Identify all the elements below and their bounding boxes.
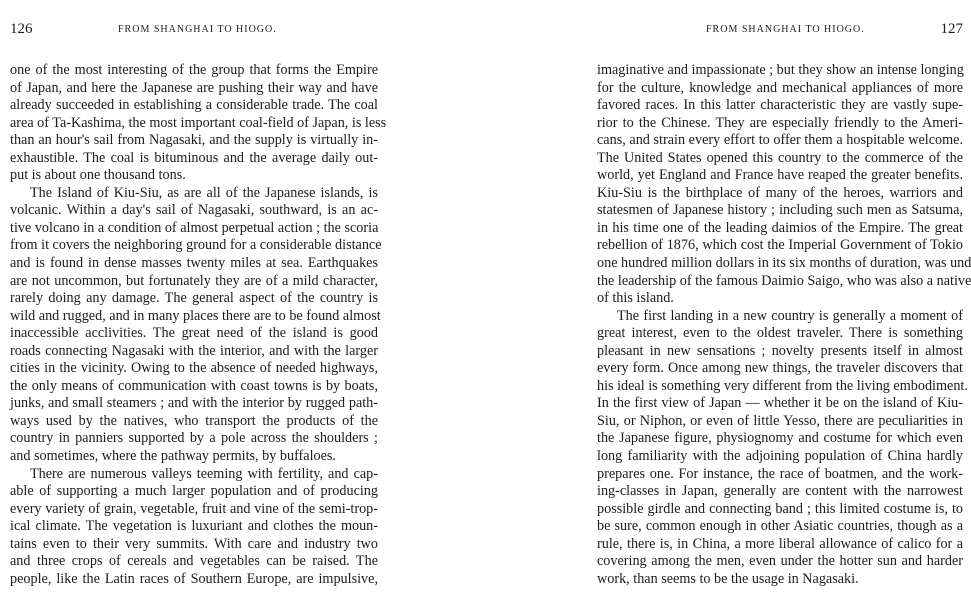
body-text: one of the most interesting of the group… xyxy=(10,62,378,588)
text-line: cans, and strain every effort to offer t… xyxy=(597,132,963,150)
text-line: junks, and small steamers ; and with the… xyxy=(10,395,378,413)
text-line: than an hour's sail from Nagasaki, and t… xyxy=(10,132,378,150)
text-line: Kiu-Siu is the birthplace of many of the… xyxy=(597,185,963,203)
text-line: rior to the Chinese. They are especially… xyxy=(597,115,963,133)
text-line: In the first view of Japan — whether it … xyxy=(597,395,963,413)
text-line: world, yet England and France have reape… xyxy=(597,167,963,185)
running-head: FROM SHANGHAI TO HIOGO. xyxy=(118,24,277,35)
text-line: ing-classes in Japan, generally are cont… xyxy=(597,483,963,501)
text-line: ways used by the natives, who transport … xyxy=(10,413,378,431)
text-line: The first landing in a new country is ge… xyxy=(597,308,963,326)
text-line: There are numerous valleys teeming with … xyxy=(10,466,378,484)
text-line: statesmen of Japanese history ; includin… xyxy=(597,202,963,220)
text-line: imaginative and impassionate ; but they … xyxy=(597,62,963,80)
text-line: his ideal is something very different fr… xyxy=(597,378,963,396)
text-line: tive volcano in a condition of almost pe… xyxy=(10,220,378,238)
text-line: pleasant in new sensations ; novelty pre… xyxy=(597,343,963,361)
text-line: cities in the vicinity. Owing to the abs… xyxy=(10,360,378,378)
text-line: and three crops of cereals and vegetable… xyxy=(10,553,378,571)
text-line: wild and rugged, and in many places ther… xyxy=(10,308,378,326)
text-line: the Japanese figure, physiognomy and cos… xyxy=(597,430,963,448)
text-line: in his time one of the leading daimios o… xyxy=(597,220,963,238)
text-line: long familiarity with the adjoining popu… xyxy=(597,448,963,466)
left-page: 126 FROM SHANGHAI TO HIOGO. one of the m… xyxy=(0,0,485,616)
page-number: 126 xyxy=(10,21,33,38)
text-line: of Japan, and here the Japanese are push… xyxy=(10,80,378,98)
text-line: Siu, or Niphon, or even of little Yesso,… xyxy=(597,413,963,431)
text-line: prepares one. For instance, the race of … xyxy=(597,466,963,484)
body-text: imaginative and impassionate ; but they … xyxy=(597,62,963,588)
text-line: one hundred million dollars in its six m… xyxy=(597,255,963,273)
text-line: for the culture, knowledge and mechanica… xyxy=(597,80,963,98)
text-line: and sometimes, where the pathway permits… xyxy=(10,448,378,466)
text-line: covering among the men, even under the h… xyxy=(597,553,963,571)
text-line: every variety of grain, vegetable, fruit… xyxy=(10,501,378,519)
text-line: exhaustible. The coal is bituminous and … xyxy=(10,150,378,168)
text-line: already succeeded in establishing a cons… xyxy=(10,97,378,115)
text-line: roads connecting Nagasaki with the inter… xyxy=(10,343,378,361)
text-line: ical climate. The vegetation is luxurian… xyxy=(10,518,378,536)
text-line: the leadership of the famous Daimio Saig… xyxy=(597,273,963,291)
text-line: from it covers the neighboring ground fo… xyxy=(10,237,378,255)
text-line: great interest, even to the oldest trave… xyxy=(597,325,963,343)
text-line: volcanic. Within a day's sail of Nagasak… xyxy=(10,202,378,220)
text-line: rebellion of 1876, which cost the Imperi… xyxy=(597,237,963,255)
text-line: The Island of Kiu-Siu, as are all of the… xyxy=(10,185,378,203)
text-line: possible girdle and connecting band ; th… xyxy=(597,501,963,519)
text-line: area of Ta-Kashima, the most important c… xyxy=(10,115,378,133)
page-number: 127 xyxy=(941,21,964,38)
text-line: are not uncommon, but fortunately they a… xyxy=(10,273,378,291)
text-line: The United States opened this country to… xyxy=(597,150,963,168)
text-line: country in panniers supported by a pole … xyxy=(10,430,378,448)
text-line: tains even to their very summits. With c… xyxy=(10,536,378,554)
text-line: put is about one thousand tons. xyxy=(10,167,378,185)
text-line: work, than seems to be the usage in Naga… xyxy=(597,571,963,589)
text-line: of this island. xyxy=(597,290,963,308)
text-line: able of supporting a much larger populat… xyxy=(10,483,378,501)
text-line: be sure, common enough in other Asiatic … xyxy=(597,518,963,536)
text-line: rarely doing any damage. The general asp… xyxy=(10,290,378,308)
text-line: people, like the Latin races of Southern… xyxy=(10,571,378,589)
right-page: FROM SHANGHAI TO HIOGO. 127 imaginative … xyxy=(485,0,971,616)
running-head: FROM SHANGHAI TO HIOGO. xyxy=(706,24,865,35)
text-line: favored races. In this latter characteri… xyxy=(597,97,963,115)
text-line: the only means of communication with coa… xyxy=(10,378,378,396)
text-line: one of the most interesting of the group… xyxy=(10,62,378,80)
text-line: inaccessible acclivities. The great need… xyxy=(10,325,378,343)
text-line: rule, there is, in China, a more liberal… xyxy=(597,536,963,554)
text-line: every form. Once among new things, the t… xyxy=(597,360,963,378)
text-line: and is found in dense masses twenty mile… xyxy=(10,255,378,273)
